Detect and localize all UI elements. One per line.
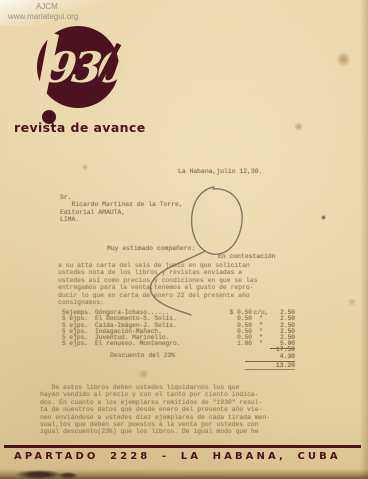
scan-edge-blot: [58, 472, 78, 479]
recipient-block: Sr. Ricardo Martínez de la Torre, Editor…: [60, 194, 183, 224]
footer-rule: [4, 445, 361, 448]
watermark: AJCM www.mariategui.org: [8, 2, 78, 22]
scan-edge-blot: [16, 470, 62, 479]
scan-bottom-edge: [0, 469, 368, 479]
paper-stain: [348, 298, 356, 306]
item-quantity: 5 ejps.: [62, 341, 95, 348]
salutation: Muy estimado compañero:: [107, 245, 195, 252]
ink-speck: [321, 215, 326, 220]
paper-stain: [336, 52, 351, 67]
body-paragraph-1: a su atta carta del seis de junio en que…: [58, 262, 257, 306]
salutation-continuation: En contestación: [218, 253, 276, 260]
paper-stain: [294, 122, 303, 131]
totals-column: 17.50 4.30 13.20: [245, 346, 295, 370]
watermark-line1: AJCM: [36, 2, 78, 12]
body-paragraph-2: De estos libros deben ustedes liquidarno…: [40, 384, 270, 436]
footer-address: APARTADO 2228 - LA HABANA, CUBA: [14, 451, 341, 462]
paper-stain: [82, 164, 88, 170]
discount-value: 4.30: [245, 353, 295, 360]
scanned-letter-page: AJCM www.mariategui.org 930 revista de a…: [0, 0, 368, 479]
wordmark: revista de avance: [14, 120, 146, 135]
discount-label: Descuento del 23%: [110, 352, 175, 359]
item-title: El renuevo. Montenegro.: [95, 341, 227, 348]
total-value: 13.20: [245, 361, 295, 370]
date-line: La Habana,julio 12,30.: [178, 168, 262, 175]
paper-stain: [138, 370, 149, 378]
book-list-table: 5ejemps. Góngora-Ichaso...... $ 0.50 c/u…: [62, 310, 295, 349]
